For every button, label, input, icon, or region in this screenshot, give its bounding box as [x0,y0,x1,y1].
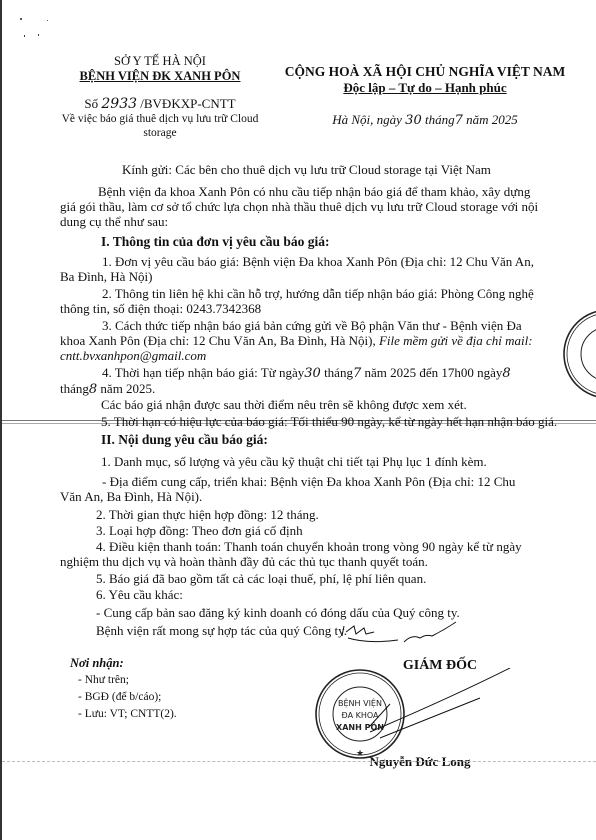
subject-line: Về việc báo giá thuê dịch vụ lưu trữ Clo… [60,112,260,140]
official-stamp-icon: BỆNH VIỆN ĐA KHOA XANH PÔN ★ [310,668,520,760]
section-1-item-1: 1. Đơn vị yêu cầu báo giá: Bệnh viện Đa … [60,254,540,284]
section-1-title: I. Thông tin của đơn vị yêu cầu báo giá: [101,234,581,249]
issue-date: Hà Nội, ngày 30 tháng7 năm 2025 [275,112,575,128]
section-1-item-5: 5. Thời hạn có hiệu lực của báo giá: Tối… [101,414,557,430]
closing-line: Bệnh viện rất mong sự hợp tác của quý Cô… [96,623,347,639]
scan-speck [47,20,48,21]
authority-name: SỞ Y TẾ HÀ NỘI [60,54,260,69]
handwritten-number: 2933 [101,96,137,112]
recipient-item: - BGĐ (để b/cáo); [70,689,177,706]
svg-text:BỆNH VIỆN: BỆNH VIỆN [338,697,382,709]
recipients-title: Nơi nhận: [70,655,177,672]
margin-seal-icon [560,308,596,400]
salutation: Kính gửi: Các bên cho thuê dịch vụ lưu t… [122,162,491,178]
section-2-item-5: 5. Báo giá đã bao gồm tất cả các loại th… [96,571,426,587]
svg-text:ĐA KHOA: ĐA KHOA [342,711,379,720]
section-2-item-6-detail: - Cung cấp bản sao đăng ký kinh doanh có… [96,605,460,621]
signatory-name: Nguyễn Đức Long [320,754,520,770]
section-1-item-2: 2. Thông tin liên hệ khi cần hỗ trợ, hướ… [60,286,540,316]
section-2-item-1: 1. Danh mục, số lượng và yêu cầu kỹ thuậ… [101,454,487,470]
section-2-item-4: 4. Điều kiện thanh toán: Thanh toán chuy… [60,539,540,569]
section-2-item-2: 2. Thời gian thực hiện hợp đồng: 12 thán… [96,507,319,523]
svg-text:XANH PÔN: XANH PÔN [336,721,384,732]
section-2-title: II. Nội dung yêu cầu báo giá: [101,432,268,448]
intro-paragraph: Bệnh viện đa khoa Xanh Pôn có nhu cầu ti… [60,184,540,229]
issuing-authority-block: SỞ Y TẾ HÀ NỘI BỆNH VIỆN ĐK XANH PÔN Số … [60,54,260,140]
scan-speck [38,34,39,36]
deadline-note: Các báo giá nhận được sau thời điểm nêu … [101,397,467,413]
section-1-item-4: 4. Thời hạn tiếp nhận báo giá: Từ ngày30… [60,365,540,397]
section-2-item-3: 3. Loại hợp đồng: Theo đơn giá cố định [96,523,303,539]
recipient-item: - Lưu: VT; CNTT(2). [70,706,177,723]
organization-name: BỆNH VIỆN ĐK XANH PÔN [60,69,260,84]
initials-signature-icon [340,620,460,650]
scan-speck [20,18,22,20]
scan-line [2,761,596,762]
section-2-item-6: 6. Yêu cầu khác: [96,587,183,603]
signature-block: GIÁM ĐỐC BỆNH VIỆN ĐA KHOA XANH PÔN ★ Ng… [320,658,520,674]
national-heading-block: CỘNG HOÀ XÃ HỘI CHỦ NGHĨA VIỆT NAM Độc l… [275,64,575,128]
recipients-block: Nơi nhận: - Như trên; - BGĐ (để b/cáo); … [70,655,177,723]
recipient-item: - Như trên; [70,672,177,689]
national-motto: Độc lập – Tự do – Hạnh phúc [275,80,575,96]
document-number: Số 2933 /BVĐKXP-CNTT [60,96,260,112]
scan-speck [24,35,25,37]
section-2-location: - Địa điểm cung cấp, triển khai: Bệnh vi… [60,474,540,504]
nation-title: CỘNG HOÀ XÃ HỘI CHỦ NGHĨA VIỆT NAM [275,64,575,80]
section-1-item-3: 3. Cách thức tiếp nhận báo giá bản cứng … [60,318,540,363]
